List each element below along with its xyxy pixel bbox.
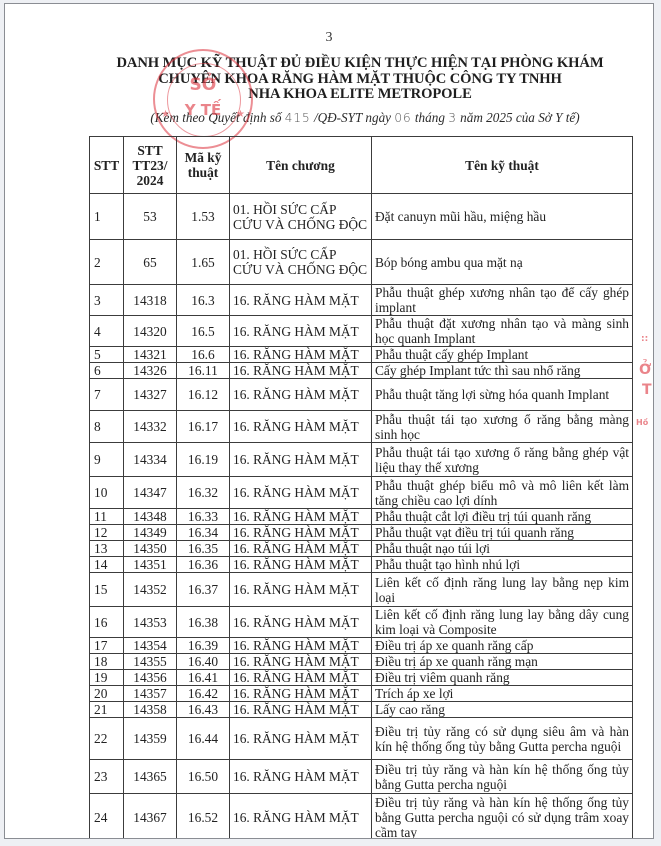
cell-technique: Điều trị viêm quanh răng: [372, 670, 633, 686]
cell-chapter: 16. RĂNG HÀM MẶT: [230, 573, 372, 607]
cell-stt-tt23: 14320: [124, 316, 177, 347]
cell-code: 16.35: [177, 541, 230, 557]
cell-technique: Trích áp xe lợi: [372, 686, 633, 702]
cell-chapter: 16. RĂNG HÀM MẶT: [230, 718, 372, 760]
title-line-1: DANH MỤC KỸ THUẬT ĐỦ ĐIỀU KIỆN THỰC HIỆN…: [95, 56, 625, 72]
cell-code: 16.12: [177, 379, 230, 411]
cell-code: 16.43: [177, 702, 230, 718]
cell-stt-tt23: 14357: [124, 686, 177, 702]
header-chapter: Tên chương: [230, 137, 372, 194]
cell-chapter: 16. RĂNG HÀM MẶT: [230, 509, 372, 525]
cell-stt: 21: [90, 702, 124, 718]
cell-code: 16.5: [177, 316, 230, 347]
cell-stt-tt23: 14347: [124, 477, 177, 509]
cell-stt: 11: [90, 509, 124, 525]
cell-stt: 20: [90, 686, 124, 702]
table-row: 191435616.4116. RĂNG HÀM MẶTĐiều trị viê…: [90, 670, 633, 686]
cell-stt: 24: [90, 794, 124, 840]
cell-code: 16.38: [177, 607, 230, 638]
cell-code: 16.6: [177, 347, 230, 363]
side-stamp-fragment: :: Ở T Hồ: [633, 334, 654, 434]
table-row: 211435816.4316. RĂNG HÀM MẶTLấy cao răng: [90, 702, 633, 718]
cell-stt: 9: [90, 443, 124, 477]
cell-code: 16.3: [177, 285, 230, 316]
table-row: 31431816.316. RĂNG HÀM MẶTPhẫu thuật ghé…: [90, 285, 633, 316]
table-row: 181435516.4016. RĂNG HÀM MẶTĐiều trị áp …: [90, 654, 633, 670]
side-stamp-mark: Ở: [639, 362, 651, 378]
cell-stt-tt23: 14352: [124, 573, 177, 607]
table-row: 111434816.3316. RĂNG HÀM MẶTPhẫu thuật c…: [90, 509, 633, 525]
cell-technique: Phẫu thuật cấy ghép Implant: [372, 347, 633, 363]
cell-stt: 15: [90, 573, 124, 607]
cell-code: 16.37: [177, 573, 230, 607]
title-line-2: CHUYÊN KHOA RĂNG HÀM MẶT THUỘC CÔNG TY T…: [95, 72, 625, 88]
cell-chapter: 16. RĂNG HÀM MẶT: [230, 654, 372, 670]
cell-stt: 17: [90, 638, 124, 654]
subtitle-month-label: tháng: [412, 110, 449, 125]
table-header-row: STT STT TT23/ 2024 Mã kỹ thuật Tên chươn…: [90, 137, 633, 194]
table-row: 241436716.5216. RĂNG HÀM MẶTĐiều trị tủy…: [90, 794, 633, 840]
cell-stt-tt23: 65: [124, 240, 177, 285]
cell-stt: 16: [90, 607, 124, 638]
cell-technique: Lấy cao răng: [372, 702, 633, 718]
cell-technique: Điều trị áp xe quanh răng mạn: [372, 654, 633, 670]
cell-chapter: 16. RĂNG HÀM MẶT: [230, 347, 372, 363]
cell-chapter: 16. RĂNG HÀM MẶT: [230, 525, 372, 541]
table-row: 201435716.4216. RĂNG HÀM MẶTTrích áp xe …: [90, 686, 633, 702]
cell-code: 16.19: [177, 443, 230, 477]
subtitle-suffix: năm 2025 của Sở Y tế): [457, 110, 580, 125]
document-title: DANH MỤC KỸ THUẬT ĐỦ ĐIỀU KIỆN THỰC HIỆN…: [95, 56, 625, 103]
page-number: 3: [5, 30, 653, 46]
table-row: 91433416.1916. RĂNG HÀM MẶTPhẫu thuật tá…: [90, 443, 633, 477]
cell-stt: 3: [90, 285, 124, 316]
cell-chapter: 16. RĂNG HÀM MẶT: [230, 477, 372, 509]
cell-stt-tt23: 14358: [124, 702, 177, 718]
table-row: 151435216.3716. RĂNG HÀM MẶTLiên kết cố …: [90, 573, 633, 607]
cell-chapter: 16. RĂNG HÀM MẶT: [230, 686, 372, 702]
cell-code: 16.36: [177, 557, 230, 573]
cell-chapter: 16. RĂNG HÀM MẶT: [230, 316, 372, 347]
cell-stt-tt23: 14354: [124, 638, 177, 654]
table-row: 121434916.3416. RĂNG HÀM MẶTPhẫu thuật v…: [90, 525, 633, 541]
cell-technique: Phẫu thuật vạt điều trị túi quanh răng: [372, 525, 633, 541]
decision-month: 3: [448, 111, 457, 125]
cell-stt: 12: [90, 525, 124, 541]
cell-technique: Phẫu thuật tái tạo xương ổ răng bằng màn…: [372, 411, 633, 443]
cell-code: 16.17: [177, 411, 230, 443]
cell-chapter: 16. RĂNG HÀM MẶT: [230, 443, 372, 477]
document-page: 3 DANH MỤC KỸ THUẬT ĐỦ ĐIỀU KIỆN THỰC HI…: [4, 3, 654, 839]
cell-stt: 2: [90, 240, 124, 285]
cell-technique: Điều trị áp xe quanh răng cấp: [372, 638, 633, 654]
cell-stt-tt23: 14321: [124, 347, 177, 363]
side-stamp-mark: Hồ: [636, 418, 648, 427]
cell-technique: Phẫu thuật ghép biểu mô và mô liên kết l…: [372, 477, 633, 509]
viewer-background: [0, 839, 661, 846]
cell-chapter: 16. RĂNG HÀM MẶT: [230, 638, 372, 654]
cell-code: 16.11: [177, 363, 230, 379]
subtitle-prefix: (Kèm theo Quyết định số: [150, 110, 284, 125]
cell-technique: Điều trị tủy răng và hàn kín hệ thống ốn…: [372, 794, 633, 840]
cell-stt-tt23: 53: [124, 194, 177, 240]
cell-stt-tt23: 14327: [124, 379, 177, 411]
title-line-3: NHA KHOA ELITE METROPOLE: [95, 87, 625, 103]
table-row: 81433216.1716. RĂNG HÀM MẶTPhẫu thuật tá…: [90, 411, 633, 443]
table-body: 1531.5301. HỒI SỨC CẤP CỨU VÀ CHỐNG ĐỘCĐ…: [90, 194, 633, 840]
cell-code: 16.42: [177, 686, 230, 702]
cell-stt: 4: [90, 316, 124, 347]
cell-stt-tt23: 14365: [124, 760, 177, 794]
decision-number: 415: [285, 111, 311, 125]
cell-code: 16.40: [177, 654, 230, 670]
cell-stt-tt23: 14326: [124, 363, 177, 379]
cell-technique: Điều trị tủy răng và hàn kín hệ thống ốn…: [372, 760, 633, 794]
cell-code: 1.53: [177, 194, 230, 240]
cell-chapter: 16. RĂNG HÀM MẶT: [230, 363, 372, 379]
cell-code: 16.41: [177, 670, 230, 686]
cell-technique: Phẫu thuật tái tạo xương ổ răng bằng ghé…: [372, 443, 633, 477]
table-row: 101434716.3216. RĂNG HÀM MẶTPhẫu thuật g…: [90, 477, 633, 509]
cell-chapter: 16. RĂNG HÀM MẶT: [230, 285, 372, 316]
cell-stt-tt23: 14351: [124, 557, 177, 573]
cell-chapter: 16. RĂNG HÀM MẶT: [230, 379, 372, 411]
cell-code: 16.50: [177, 760, 230, 794]
cell-chapter: 16. RĂNG HÀM MẶT: [230, 760, 372, 794]
table-row: 231436516.5016. RĂNG HÀM MẶTĐiều trị tủy…: [90, 760, 633, 794]
cell-stt-tt23: 14332: [124, 411, 177, 443]
header-technique: Tên kỹ thuật: [372, 137, 633, 194]
cell-code: 16.34: [177, 525, 230, 541]
table-row: 41432016.516. RĂNG HÀM MẶTPhẫu thuật đặt…: [90, 316, 633, 347]
technique-table: STT STT TT23/ 2024 Mã kỹ thuật Tên chươn…: [89, 136, 633, 839]
cell-stt-tt23: 14349: [124, 525, 177, 541]
decision-day: 06: [394, 111, 411, 125]
cell-stt: 22: [90, 718, 124, 760]
table-row: 61432616.1116. RĂNG HÀM MẶTCấy ghép Impl…: [90, 363, 633, 379]
cell-code: 16.39: [177, 638, 230, 654]
cell-chapter: 16. RĂNG HÀM MẶT: [230, 702, 372, 718]
cell-stt-tt23: 14359: [124, 718, 177, 760]
header-stt: STT: [90, 137, 124, 194]
cell-stt: 14: [90, 557, 124, 573]
cell-chapter: 01. HỒI SỨC CẤP CỨU VÀ CHỐNG ĐỘC: [230, 194, 372, 240]
header-stt-tt23: STT TT23/ 2024: [124, 137, 177, 194]
cell-technique: Phẫu thuật tăng lợi sừng hóa quanh Impla…: [372, 379, 633, 411]
cell-stt: 1: [90, 194, 124, 240]
cell-chapter: 16. RĂNG HÀM MẶT: [230, 557, 372, 573]
cell-code: 16.44: [177, 718, 230, 760]
table-row: 51432116.616. RĂNG HÀM MẶTPhẫu thuật cấy…: [90, 347, 633, 363]
cell-technique: Đặt canuyn mũi hầu, miệng hầu: [372, 194, 633, 240]
cell-chapter: 16. RĂNG HÀM MẶT: [230, 541, 372, 557]
cell-stt: 7: [90, 379, 124, 411]
cell-stt-tt23: 14356: [124, 670, 177, 686]
cell-stt-tt23: 14350: [124, 541, 177, 557]
table-row: 141435116.3616. RĂNG HÀM MẶTPhẫu thuật t…: [90, 557, 633, 573]
cell-chapter: 16. RĂNG HÀM MẶT: [230, 411, 372, 443]
cell-code: 16.33: [177, 509, 230, 525]
table-row: 131435016.3516. RĂNG HÀM MẶTPhẫu thuật n…: [90, 541, 633, 557]
subtitle-middle: /QĐ-SYT ngày: [311, 110, 395, 125]
cell-technique: Phẫu thuật đặt xương nhân tạo và màng si…: [372, 316, 633, 347]
cell-technique: Phẫu thuật cắt lợi điều trị túi quanh ră…: [372, 509, 633, 525]
cell-stt: 13: [90, 541, 124, 557]
cell-stt: 23: [90, 760, 124, 794]
cell-technique: Phẫu thuật tạo hình nhú lợi: [372, 557, 633, 573]
cell-technique: Bóp bóng ambu qua mặt nạ: [372, 240, 633, 285]
cell-code: 1.65: [177, 240, 230, 285]
cell-stt: 10: [90, 477, 124, 509]
cell-stt-tt23: 14353: [124, 607, 177, 638]
side-stamp-mark: ::: [641, 334, 648, 344]
table-row: 171435416.3916. RĂNG HÀM MẶTĐiều trị áp …: [90, 638, 633, 654]
table-row: 161435316.3816. RĂNG HÀM MẶTLiên kết cố …: [90, 607, 633, 638]
cell-technique: Liên kết cố định răng lung lay bằng dây …: [372, 607, 633, 638]
cell-stt-tt23: 14318: [124, 285, 177, 316]
cell-stt: 5: [90, 347, 124, 363]
cell-stt-tt23: 14334: [124, 443, 177, 477]
cell-chapter: 16. RĂNG HÀM MẶT: [230, 607, 372, 638]
document-subtitle: (Kèm theo Quyết định số 415 /QĐ-SYT ngày…: [105, 110, 625, 126]
cell-technique: Phẫu thuật ghép xương nhân tạo để cấy gh…: [372, 285, 633, 316]
cell-stt-tt23: 14348: [124, 509, 177, 525]
side-stamp-mark: T: [642, 382, 652, 398]
cell-technique: Điều trị tủy răng có sử dụng siêu âm và …: [372, 718, 633, 760]
cell-chapter: 16. RĂNG HÀM MẶT: [230, 670, 372, 686]
table-row: 221435916.4416. RĂNG HÀM MẶTĐiều trị tủy…: [90, 718, 633, 760]
cell-stt: 19: [90, 670, 124, 686]
cell-technique: Cấy ghép Implant tức thì sau nhổ răng: [372, 363, 633, 379]
table-row: 2651.6501. HỒI SỨC CẤP CỨU VÀ CHỐNG ĐỘCB…: [90, 240, 633, 285]
cell-stt-tt23: 14355: [124, 654, 177, 670]
table-row: 71432716.1216. RĂNG HÀM MẶTPhẫu thuật tă…: [90, 379, 633, 411]
cell-stt: 18: [90, 654, 124, 670]
cell-technique: Liên kết cố định răng lung lay bằng nẹp …: [372, 573, 633, 607]
cell-stt: 8: [90, 411, 124, 443]
cell-stt: 6: [90, 363, 124, 379]
cell-code: 16.32: [177, 477, 230, 509]
cell-chapter: 01. HỒI SỨC CẤP CỨU VÀ CHỐNG ĐỘC: [230, 240, 372, 285]
table-row: 1531.5301. HỒI SỨC CẤP CỨU VÀ CHỐNG ĐỘCĐ…: [90, 194, 633, 240]
cell-stt-tt23: 14367: [124, 794, 177, 840]
cell-chapter: 16. RĂNG HÀM MẶT: [230, 794, 372, 840]
cell-code: 16.52: [177, 794, 230, 840]
cell-technique: Phẫu thuật nạo túi lợi: [372, 541, 633, 557]
header-code: Mã kỹ thuật: [177, 137, 230, 194]
